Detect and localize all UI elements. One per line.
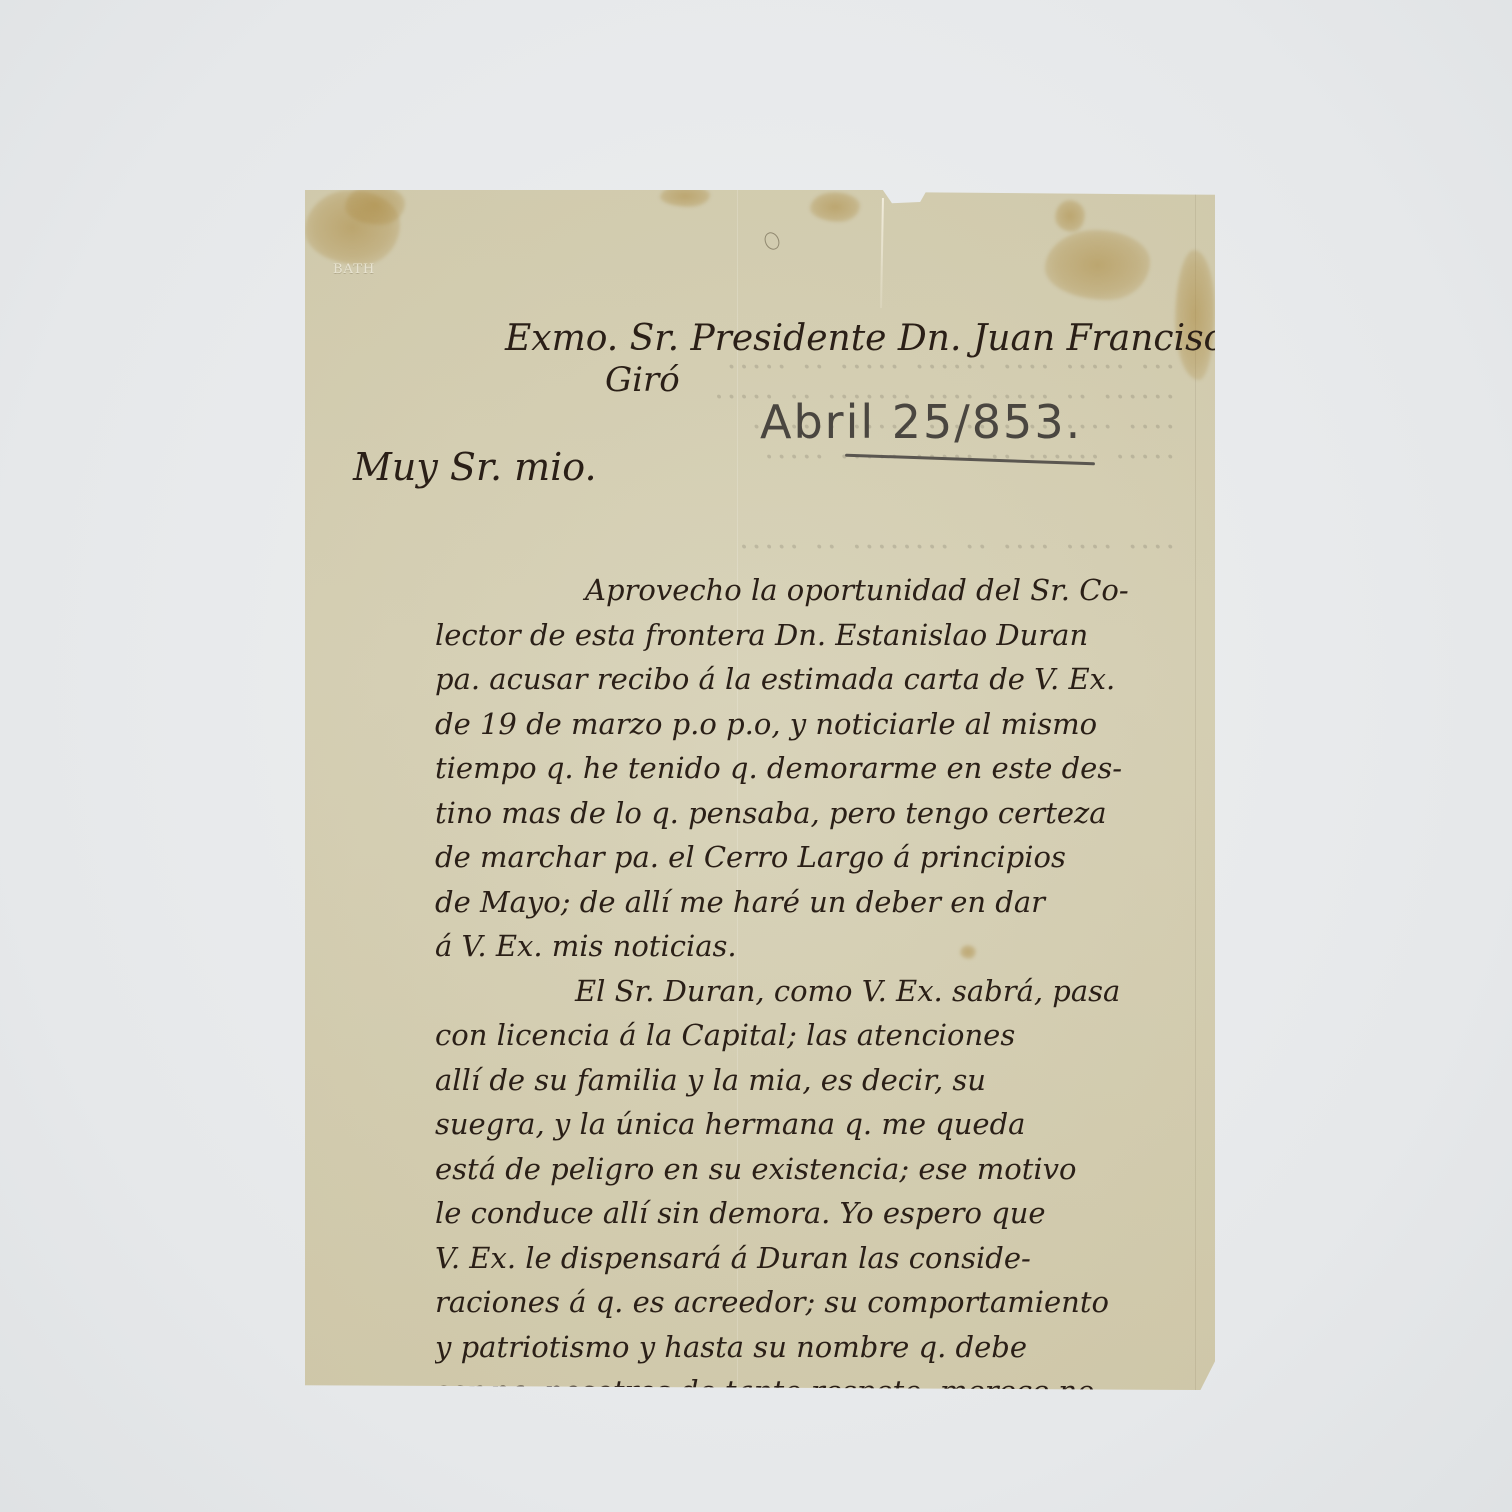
body-line: á V. Ex. mis noticias. (435, 924, 1195, 969)
paper-tear (880, 198, 884, 308)
body-line: le conduce allí sin demora. Yo espero qu… (435, 1191, 1195, 1236)
water-stain (345, 185, 405, 225)
body-line: tino mas de lo q. pensaba, pero tengo ce… (435, 791, 1195, 836)
body-line: lector de esta frontera Dn. Estanislao D… (435, 613, 1195, 658)
body-line: de 19 de marzo p.o p.o, y noticiarle al … (435, 702, 1195, 747)
bleed-through-text: ···· ···· ···· ·· ········ ·· ····· (325, 530, 1175, 565)
greeting: Muy Sr. mio. (353, 445, 597, 489)
body-line: tiempo q. he tenido q. demorarme en este… (435, 746, 1195, 791)
body-line: V. Ex. le dispensará á Duran las conside… (435, 1236, 1195, 1281)
body-line: está de peligro en su existencia; ese mo… (435, 1147, 1195, 1192)
water-stain (1045, 230, 1150, 300)
body-line: El Sr. Duran, como V. Ex. sabrá, pasa (435, 969, 1195, 1014)
body-line: pa. acusar recibo á la estimada carta de… (435, 657, 1195, 702)
addressee-surname: Giró (605, 360, 680, 400)
body-line: de Mayo; de allí me haré un deber en dar (435, 880, 1195, 925)
letter-body: Aprovecho la oportunidad del Sr. Co- lec… (435, 568, 1195, 1414)
water-stain (1175, 250, 1215, 380)
water-stain (810, 192, 860, 222)
body-line: suegra, y la única hermana q. me queda (435, 1102, 1195, 1147)
letter-page: BATH ··· ····· ···· ······ ····· ·· ····… (305, 190, 1215, 1390)
water-stain (1055, 200, 1085, 232)
body-line: con licencia á la Capital; las atencione… (435, 1013, 1195, 1058)
body-line: y patriotismo y hasta su nombre q. debe (435, 1325, 1195, 1370)
pencil-date-note: Abril 25/853. (760, 395, 1082, 449)
addressee-line: Exmo. Sr. Presidente Dn. Juan Francisco (505, 318, 1245, 359)
paper-maker-stamp: BATH (333, 262, 375, 277)
body-line: Aprovecho la oportunidad del Sr. Co- (435, 568, 1195, 613)
body-line: raciones á q. es acreedor; su comportami… (435, 1280, 1195, 1325)
body-line: allí de su familia y la mia, es decir, s… (435, 1058, 1195, 1103)
ink-mark (762, 230, 782, 252)
body-line: de marchar pa. el Cerro Largo á principi… (435, 835, 1195, 880)
